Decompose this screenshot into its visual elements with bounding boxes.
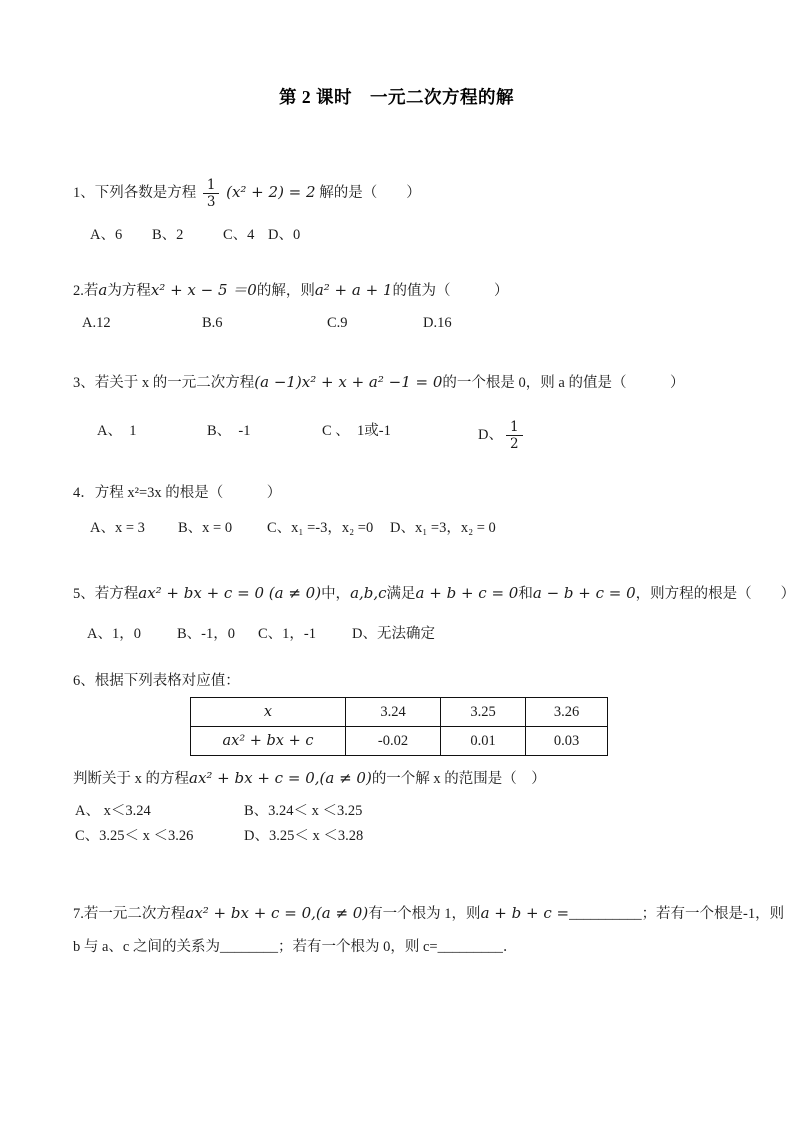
q7-text-pre: 7.若一元二次方程 (73, 906, 185, 922)
q5-text-1: 中， (321, 586, 350, 602)
table-cell-x2: 3.25 (441, 698, 526, 727)
fraction-one-third: 1 3 (203, 177, 220, 210)
q5-condition-2: a − b + c = 0 (533, 584, 636, 602)
q6-option-d: D、3.25＜ x ＜3.28 (244, 824, 363, 845)
q3-option-d: D、12 (478, 419, 526, 452)
q2-text-2: 的解，则 (257, 283, 315, 299)
q4-option-d: D、x₁ =3，x₂ = 0 (390, 516, 496, 537)
q7-line2-text-1: b 与 a、c 之间的关系为 (73, 939, 220, 955)
table-cell-v1: -0.02 (346, 727, 441, 756)
q1-text-tail: 解的是（ ） (319, 185, 421, 201)
q7-line2-text-3: ． (503, 939, 518, 955)
q3-text-pre: 3、若关于 x 的一元二次方程 (73, 375, 254, 391)
q1-option-d: D、0 (268, 223, 300, 244)
question-6-judge: 判断关于 x 的方程ax² + bx + c = 0,(a ≠ 0)的一个解 x… (73, 768, 546, 790)
q1-text-pre: 1、下列各数是方程 (73, 185, 196, 201)
q6-option-c: C、3.25＜ x ＜3.26 (75, 824, 193, 845)
q7-line2-text-2: ；若有一个根为 0，则 c= (278, 939, 438, 955)
q5-option-d: D、无法确定 (352, 622, 435, 643)
q1-option-a: A、6 (90, 223, 122, 244)
question-4-options: A、x = 3 B、x = 0 C、x₁ =-3，x₂ =0 D、x₁ =3，x… (0, 516, 793, 538)
table-cell-v2: 0.01 (441, 727, 526, 756)
q7-blank-1: __________ (569, 906, 642, 922)
table-row-x: x 3.24 3.25 3.26 (191, 698, 608, 727)
q2-text-1: 为方程 (107, 283, 151, 299)
q7-expression: a + b + c = (481, 904, 570, 922)
q7-blank-2: ________ (220, 939, 278, 955)
q2-equation: x² + x − 5 ＝0 (151, 281, 257, 299)
table-cell-expr-label: ax² + bx + c (191, 727, 346, 756)
q5-text-pre: 5、若方程 (73, 586, 138, 602)
q3-option-d-label: D、 (478, 427, 503, 443)
worksheet-page: 第 2 课时 一元二次方程的解 1、下列各数是方程 1 3 (x² + 2) =… (0, 0, 793, 1122)
q2-option-c: C.9 (327, 315, 348, 332)
q5-vars: a,b,c (350, 584, 386, 602)
value-table: x 3.24 3.25 3.26 ax² + bx + c -0.02 0.01… (190, 697, 608, 756)
q7-text-1: 有一个根为 1，则 (368, 906, 480, 922)
q2-expression: a² + a + 1 (315, 281, 393, 299)
table-cell-x-label: x (191, 698, 346, 727)
q4-text-pre: 4．方程 (73, 485, 127, 501)
q4-text-tail: 的根是（ ） (162, 485, 282, 501)
q1-formula: (x² + 2) = 2 (226, 183, 315, 201)
q6-option-a: A、 x＜3.24 (75, 799, 151, 820)
q5-text-4: ，则方程的根是（ ） (636, 586, 793, 602)
q7-text-2: ；若有一个根是-1，则 (642, 906, 785, 922)
question-6-options-row-2: C、3.25＜ x ＜3.26 D、3.25＜ x ＜3.28 (0, 824, 793, 846)
q6-intro-text: 6、根据下列表格对应值： (73, 673, 240, 689)
q6-judge-tail: 的一个解 x 的范围是（ ） (372, 771, 546, 787)
question-2-stem: 2.若a为方程x² + x − 5 ＝0的解，则a² + a + 1的值为（ ） (73, 280, 508, 302)
q4-option-c: C、x₁ =-3，x₂ =0 (267, 516, 373, 537)
q5-text-2: 满足 (387, 586, 416, 602)
page-title: 第 2 课时 一元二次方程的解 (0, 84, 793, 109)
question-3-stem: 3、若关于 x 的一元二次方程(a −1)x² + x + a² −1 = 0的… (73, 372, 684, 394)
q5-condition-1: a + b + c = 0 (416, 584, 519, 602)
q1-option-c: C、4 (223, 223, 254, 244)
q2-option-a: A.12 (82, 315, 111, 332)
q3-text-tail: 的一个根是 0，则 a 的值是（ ） (442, 375, 684, 391)
q7-blank-3: _________ (438, 939, 503, 955)
table-row-expression: ax² + bx + c -0.02 0.01 0.03 (191, 727, 608, 756)
q6-judge-pre: 判断关于 x 的方程 (73, 771, 189, 787)
q2-option-d: D.16 (423, 315, 452, 332)
q4-equation: x²=3x (127, 485, 161, 501)
question-1-options: A、6 B、2 C、4 D、0 (0, 223, 793, 245)
q1-option-b: B、2 (152, 223, 183, 244)
question-5-stem: 5、若方程ax² + bx + c = 0 (a ≠ 0)中，a,b,c满足a … (73, 583, 793, 605)
question-6-options-row-1: A、 x＜3.24 B、3.24＜ x ＜3.25 (0, 799, 793, 821)
q5-equation: ax² + bx + c = 0 (a ≠ 0) (138, 584, 321, 602)
q3-option-a: A、 1 (97, 419, 136, 440)
q2-option-b: B.6 (202, 315, 223, 332)
q4-option-b: B、x = 0 (178, 516, 232, 537)
q5-text-3: 和 (518, 586, 533, 602)
table-cell-x1: 3.24 (346, 698, 441, 727)
q6-judge-equation: ax² + bx + c = 0,(a ≠ 0) (189, 769, 372, 787)
q2-var-a: a (98, 281, 107, 299)
q2-text-pre: 2.若 (73, 283, 98, 299)
question-6-intro: 6、根据下列表格对应值： (73, 672, 240, 692)
question-1-stem: 1、下列各数是方程 1 3 (x² + 2) = 2 解的是（ ） (73, 177, 421, 210)
question-5-options: A、1，0 B、-1，0 C、1，-1 D、无法确定 (0, 622, 793, 644)
q3-equation: (a −1)x² + x + a² −1 = 0 (254, 373, 442, 391)
q2-text-3: 的值为（ ） (392, 283, 508, 299)
fraction-numerator: 1 (506, 419, 523, 436)
fraction-denominator: 2 (506, 436, 523, 452)
q5-option-c: C、1，-1 (258, 622, 316, 643)
table-cell-v3: 0.03 (526, 727, 608, 756)
question-4-stem: 4．方程 x²=3x 的根是（ ） (73, 484, 281, 504)
question-2-options: A.12 B.6 C.9 D.16 (0, 315, 793, 337)
q5-option-b: B、-1，0 (177, 622, 235, 643)
question-7-line-1: 7.若一元二次方程ax² + bx + c = 0,(a ≠ 0)有一个根为 1… (73, 903, 784, 925)
q5-option-a: A、1，0 (87, 622, 141, 643)
table-cell-x3: 3.26 (526, 698, 608, 727)
q4-option-a: A、x = 3 (90, 516, 145, 537)
fraction-denominator: 3 (203, 194, 220, 210)
fraction-numerator: 1 (203, 177, 220, 194)
question-7-line-2: b 与 a、c 之间的关系为________；若有一个根为 0，则 c=____… (73, 938, 517, 958)
q6-option-b: B、3.24＜ x ＜3.25 (244, 799, 362, 820)
fraction-one-half: 12 (506, 419, 523, 452)
q3-option-b: B、 -1 (207, 419, 251, 440)
q3-option-c: C 、 1或-1 (322, 419, 391, 440)
question-3-options: A、 1 B、 -1 C 、 1或-1 D、12 (0, 419, 793, 459)
q7-equation: ax² + bx + c = 0,(a ≠ 0) (185, 904, 368, 922)
